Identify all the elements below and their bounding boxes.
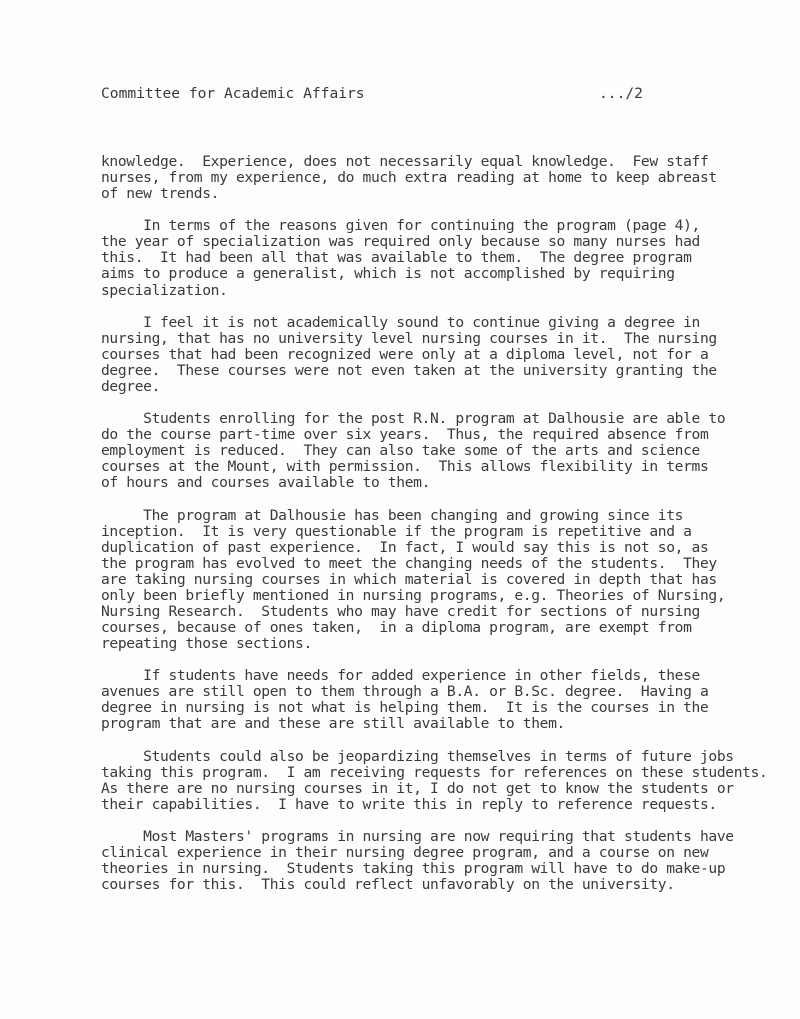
text-line: The program at Dalhousie has been changi… <box>101 508 791 524</box>
text-line: program that are and these are still ava… <box>101 716 791 732</box>
text-line: Nursing Research. Students who may have … <box>101 604 791 620</box>
text-line: As there are no nursing courses in it, I… <box>101 781 791 797</box>
text-line: degree. These courses were not even take… <box>101 363 791 379</box>
text-line: this. It had been all that was available… <box>101 250 791 266</box>
text-line: taking this program. I am receiving requ… <box>101 765 791 781</box>
text-line: courses for this. This could reflect unf… <box>101 877 791 893</box>
paragraph: I feel it is not academically sound to c… <box>101 315 791 395</box>
text-line: Students enrolling for the post R.N. pro… <box>101 411 791 427</box>
text-line: repeating those sections. <box>101 636 791 652</box>
text-line: duplication of past experience. In fact,… <box>101 540 791 556</box>
text-line: If students have needs for added experie… <box>101 668 791 684</box>
text-line: clinical experience in their nursing deg… <box>101 845 791 861</box>
text-line: of hours and courses available to them. <box>101 475 791 491</box>
text-line: avenues are still open to them through a… <box>101 684 791 700</box>
header-title: Committee for Academic Affairs <box>101 86 365 102</box>
paragraph: Students enrolling for the post R.N. pro… <box>101 411 791 491</box>
text-line: courses at the Mount, with permission. T… <box>101 459 791 475</box>
document-page: Committee for Academic Affairs .../2 kno… <box>0 0 800 1019</box>
text-line: nursing, that has no university level nu… <box>101 331 791 347</box>
text-line: courses, because of ones taken, in a dip… <box>101 620 791 636</box>
text-line: In terms of the reasons given for contin… <box>101 218 791 234</box>
text-line: theories in nursing. Students taking thi… <box>101 861 791 877</box>
text-line: do the course part-time over six years. … <box>101 427 791 443</box>
text-line: the year of specialization was required … <box>101 234 791 250</box>
text-line: their capabilities. I have to write this… <box>101 797 791 813</box>
text-line: the program has evolved to meet the chan… <box>101 556 791 572</box>
text-line: I feel it is not academically sound to c… <box>101 315 791 331</box>
text-line: only been briefly mentioned in nursing p… <box>101 588 791 604</box>
text-line: degree in nursing is not what is helping… <box>101 700 791 716</box>
text-line: of new trends. <box>101 186 791 202</box>
text-line: are taking nursing courses in which mate… <box>101 572 791 588</box>
text-line: aims to produce a generalist, which is n… <box>101 266 791 282</box>
text-line: employment is reduced. They can also tak… <box>101 443 791 459</box>
text-line: Students could also be jeopardizing them… <box>101 749 791 765</box>
paragraph: The program at Dalhousie has been changi… <box>101 508 791 652</box>
text-line: nurses, from my experience, do much extr… <box>101 170 791 186</box>
paragraph: knowledge. Experience, does not necessar… <box>101 154 791 202</box>
page-number: .../2 <box>599 86 643 102</box>
text-line: inception. It is very questionable if th… <box>101 524 791 540</box>
text-line: Most Masters' programs in nursing are no… <box>101 829 791 845</box>
paragraph: Most Masters' programs in nursing are no… <box>101 829 791 893</box>
text-line: courses that had been recognized were on… <box>101 347 791 363</box>
text-line: specialization. <box>101 283 791 299</box>
paragraph: In terms of the reasons given for contin… <box>101 218 791 298</box>
text-line: knowledge. Experience, does not necessar… <box>101 154 791 170</box>
paragraph: If students have needs for added experie… <box>101 668 791 732</box>
paragraph: Students could also be jeopardizing them… <box>101 749 791 813</box>
text-line: degree. <box>101 379 791 395</box>
document-body: knowledge. Experience, does not necessar… <box>101 154 791 909</box>
